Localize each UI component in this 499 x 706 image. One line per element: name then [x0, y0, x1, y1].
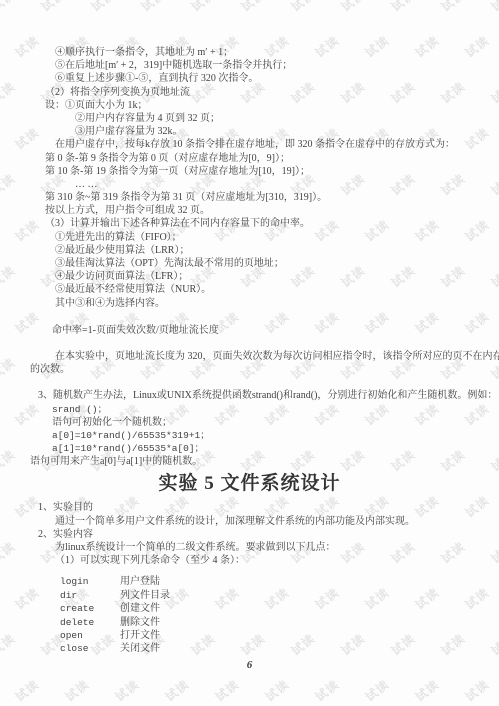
doc-line: 语句可初始化一个随机数；	[52, 416, 499, 429]
document-page: 试读试读试读试读试读试读试读试读试读试读试读试读试读试读试读试读试读试读试读试读…	[0, 0, 499, 706]
doc-line: ③用户虚存容量为 32k。	[75, 125, 499, 138]
doc-line: 其中③和④为选择内容。	[55, 297, 499, 310]
doc-line: 在用户虚存中，按每k存放 10 条指令排在虚存地址，即 320 条指令在虚存中的…	[55, 138, 499, 151]
doc-line: ④顺序执行一条指令，其地址为 m′ + 1；	[55, 46, 499, 59]
watermark-text: 试读	[138, 0, 169, 15]
watermark-text: 试读	[288, 0, 319, 15]
command-name: login	[60, 575, 120, 588]
doc-line: ⑤最近最不经常使用算法（NUR）。	[55, 283, 499, 296]
command-name: dir	[60, 589, 120, 602]
watermark-text: 试读	[462, 676, 493, 705]
doc-line: 3、随机数产生办法，Linux或UNIX系统提供函数strand()和rand(…	[38, 389, 499, 402]
doc-line: ⑥重复上述步骤①-⑤，直到执行 320 次指令。	[55, 72, 499, 85]
doc-line: （3）计算并输出下述各种算法在不同内存容量下的命中率。	[45, 217, 499, 230]
doc-line: ②最近最少使用算法（LRR）；	[55, 244, 499, 257]
doc-line: 2、实验内容	[38, 528, 499, 541]
doc-line: ①先进先出的算法（FIFO）；	[55, 231, 499, 244]
watermark-text: 试读	[388, 0, 419, 15]
doc-line: 第 10 条-第 19 条指令为第一页（对应虚存地址为[10，19]）；	[45, 165, 499, 178]
doc-line: （1）可以实现下列几条命令（至少 4 条）：	[55, 554, 499, 567]
watermark-text: 试读	[438, 0, 469, 15]
doc-line: … …	[75, 178, 499, 191]
doc-line-hit-rate-formula: 命中率=1-页面失效次数/页地址流长度	[52, 324, 499, 337]
doc-line: （2）将指令序列变换为页地址流	[45, 86, 499, 99]
doc-line: 在本实验中，页地址流长度为 320，页面失效次数为每次访问相应指令时，该指令所对…	[55, 350, 499, 363]
watermark-text: 试读	[162, 676, 193, 705]
watermark-text: 试读	[38, 0, 69, 15]
command-desc: 用户登陆	[120, 575, 160, 588]
watermark-text: 试读	[488, 0, 499, 15]
doc-line: 1、实验目的	[38, 501, 499, 514]
watermark-text: 试读	[0, 0, 18, 15]
watermark-text: 试读	[188, 0, 219, 15]
command-row: open 打开文件	[60, 629, 499, 642]
command-name: close	[60, 642, 120, 655]
doc-line: 第 0 条-第 9 条指令为第 0 页（对应虚存地址为[0，9]）；	[45, 152, 499, 165]
command-desc: 列文件目录	[120, 589, 170, 602]
doc-line: ④最少访问页面算法（LFR）；	[55, 270, 499, 283]
doc-code-line: srand ()；	[52, 403, 499, 416]
command-name: create	[60, 602, 120, 615]
watermark-text: 试读	[62, 676, 93, 705]
document-content: ④顺序执行一条指令，其地址为 m′ + 1； ⑤在后地址[m′ + 2，319]…	[0, 46, 499, 671]
command-row: delete 删除文件	[60, 616, 499, 629]
doc-line: ⑤在后地址[m′ + 2，319]中随机选取一条指令并执行；	[55, 59, 499, 72]
command-desc: 创建文件	[120, 602, 160, 615]
doc-line: 按以上方式，用户指令可组成 32 页。	[45, 204, 499, 217]
watermark-text: 试读	[112, 676, 143, 705]
watermark-text: 试读	[412, 676, 443, 705]
command-desc: 打开文件	[120, 629, 160, 642]
doc-line: 设：①页面大小为 1k；	[45, 99, 499, 112]
page-number: 6	[0, 659, 499, 671]
doc-line: 第 310 条~第 319 条指令为第 31 页（对应虚地址为[310，319]…	[45, 191, 499, 204]
watermark-text: 试读	[262, 676, 293, 705]
command-name: delete	[60, 616, 120, 629]
command-row: close 关闭文件	[60, 642, 499, 655]
watermark-text: 试读	[338, 0, 369, 15]
doc-code-line: a[1]=10*rand()/65535*a[0]；	[52, 442, 499, 455]
watermark-text: 试读	[238, 0, 269, 15]
command-desc: 删除文件	[120, 616, 160, 629]
doc-line: ②用户内存容量为 4 页到 32 页；	[75, 112, 499, 125]
doc-line: 为linux系统设计一个简单的二级文件系统。要求做到以下几点：	[55, 541, 499, 554]
command-row: login 用户登陆	[60, 575, 499, 588]
watermark-text: 试读	[212, 676, 243, 705]
command-row: create 创建文件	[60, 602, 499, 615]
command-name: open	[60, 629, 120, 642]
watermark-text: 试读	[312, 676, 343, 705]
watermark-text: 试读	[362, 676, 393, 705]
doc-line: 通过一个简单多用户文件系统的设计，加深理解文件系统的内部功能及内部实现。	[55, 515, 499, 528]
command-row: dir 列文件目录	[60, 589, 499, 602]
watermark-text: 试读	[12, 676, 43, 705]
command-desc: 关闭文件	[120, 642, 160, 655]
doc-line: ③最佳淘汰算法（OPT）先淘汰最不常用的页地址；	[55, 257, 499, 270]
section-heading: 实验 5 文件系统设计	[0, 472, 499, 496]
doc-code-line: a[0]=10*rand()/65535*319+1；	[52, 429, 499, 442]
watermark-text: 试读	[88, 0, 119, 15]
doc-line: 语句可用来产生a[0]与a[1]中的随机数。	[30, 455, 499, 468]
doc-line: 的次数。	[30, 363, 499, 376]
